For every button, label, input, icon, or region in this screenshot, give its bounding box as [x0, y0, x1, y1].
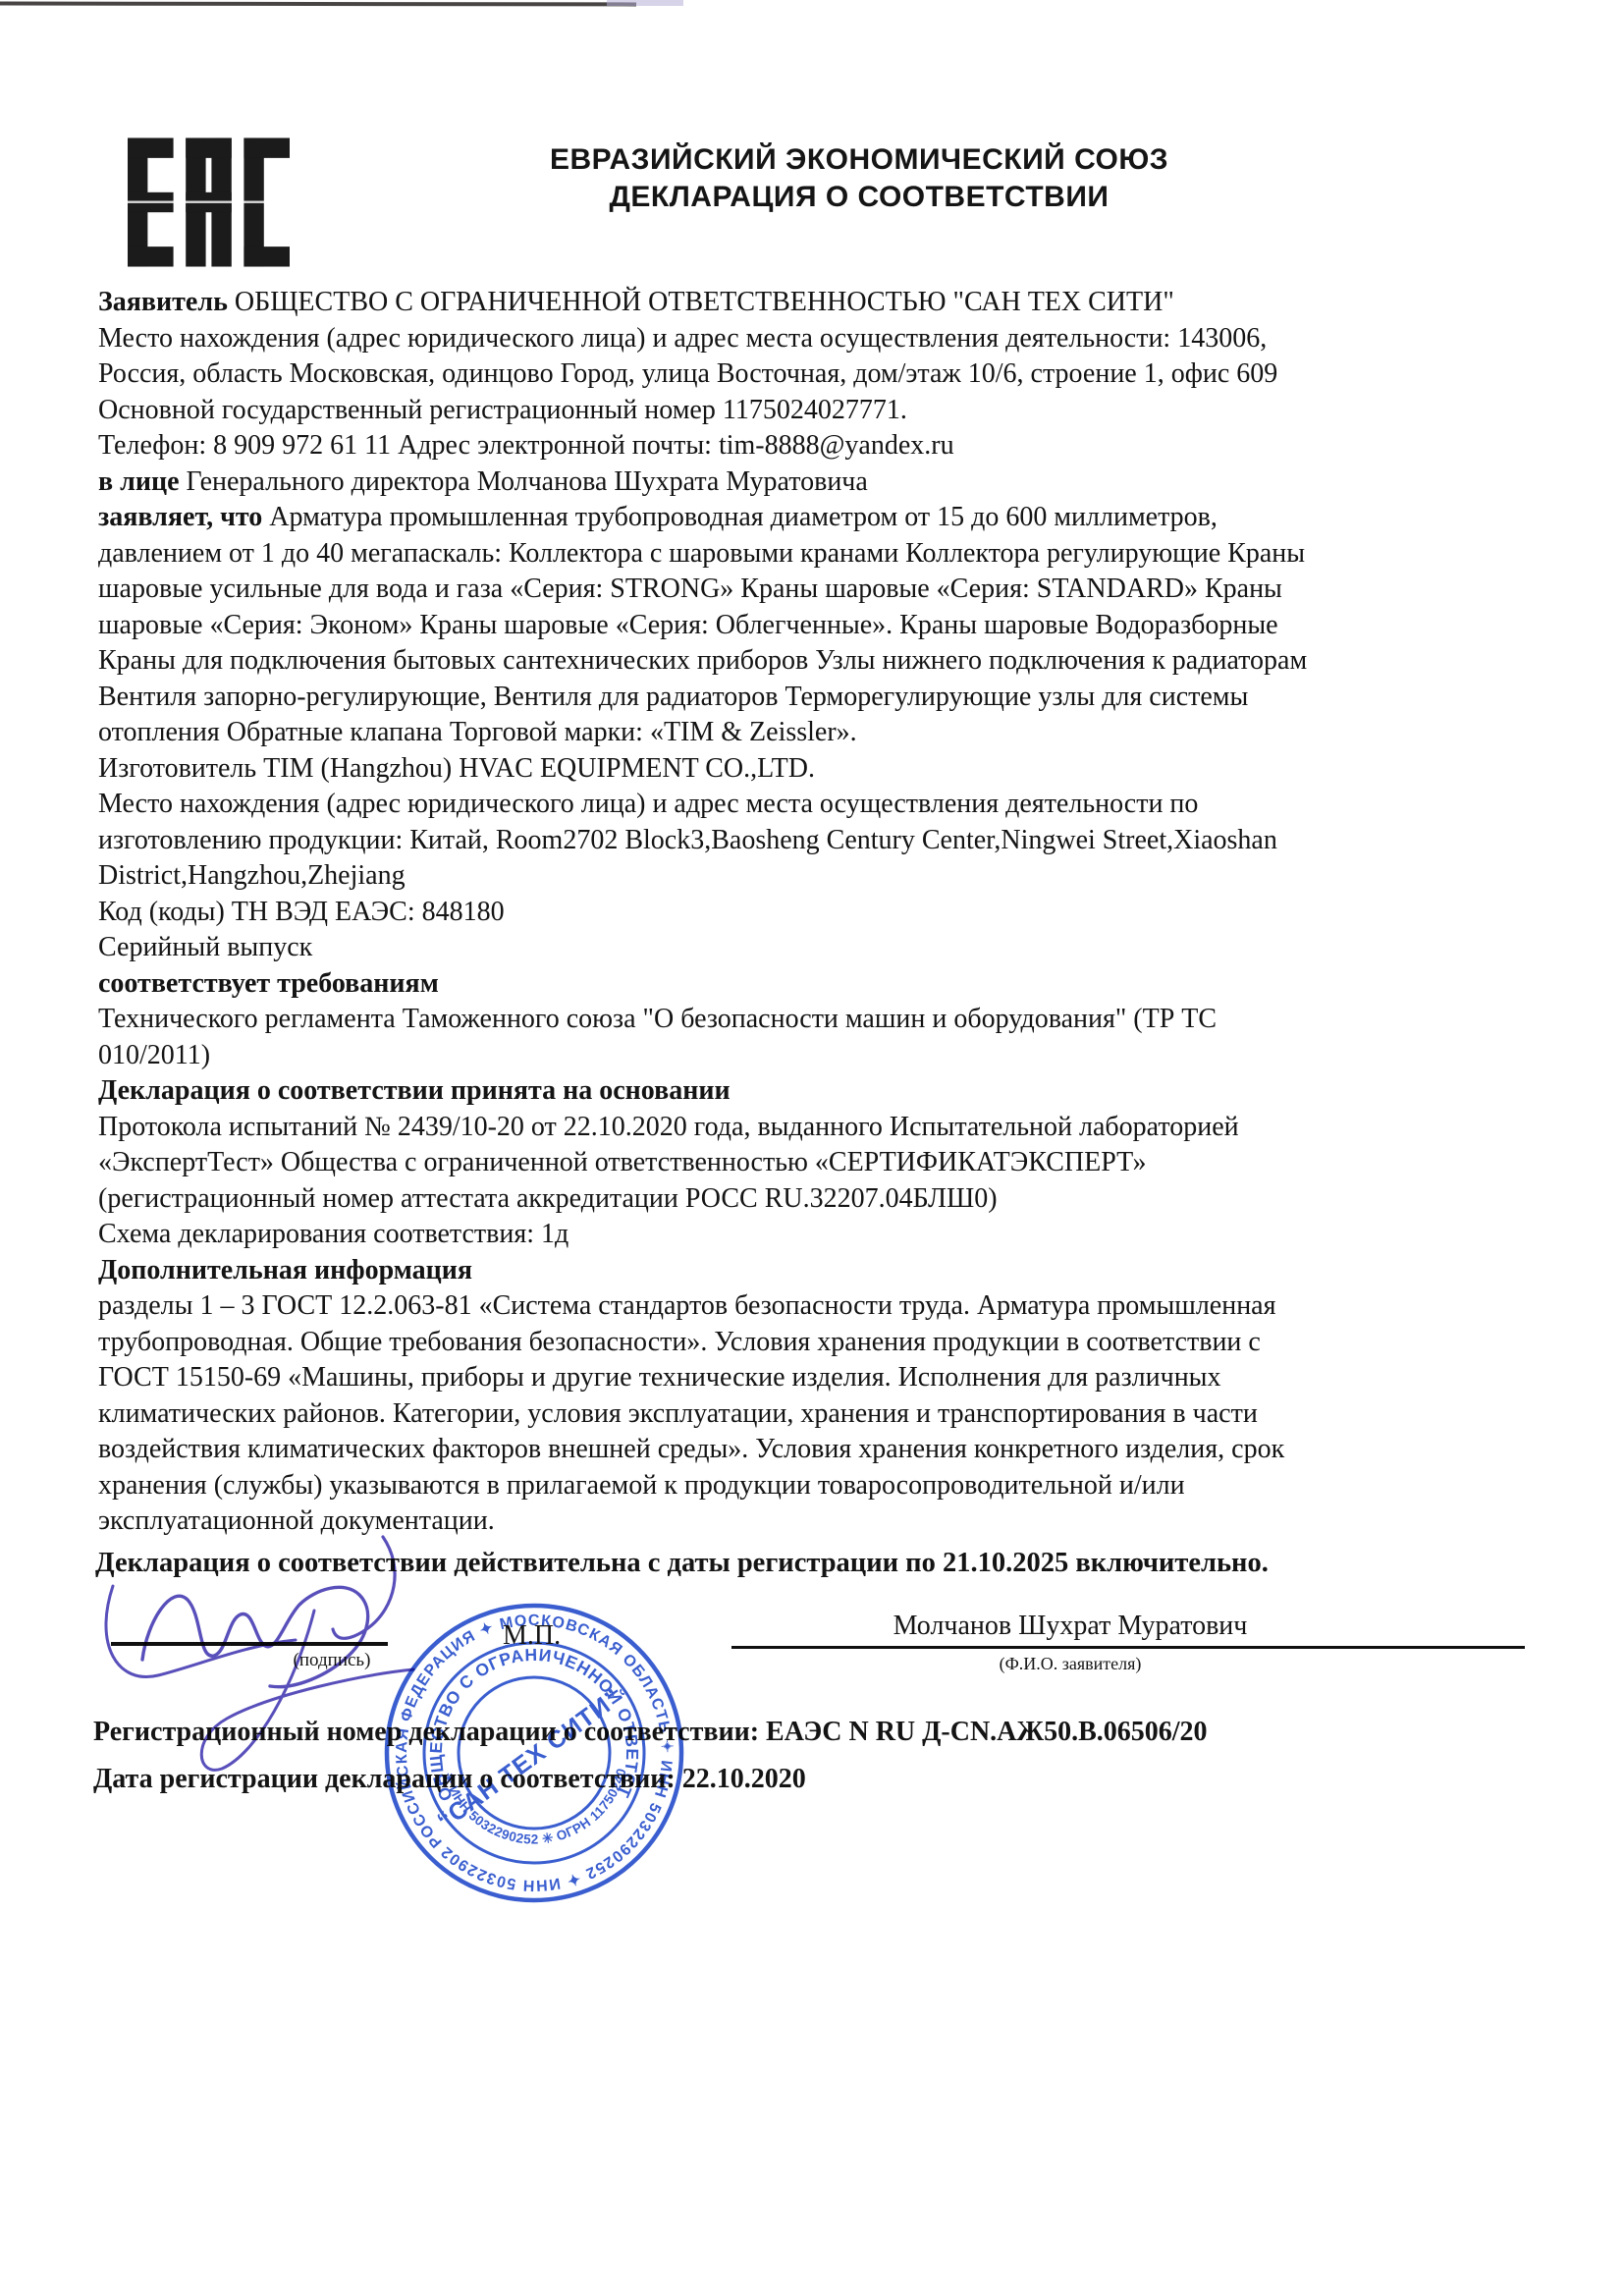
body-line: воздействия климатических факторов внешн…	[98, 1434, 1549, 1470]
scan-artifact-smudge	[607, 0, 683, 6]
body-line: Вентиля запорно-регулирующие, Вентиля дл…	[98, 682, 1549, 718]
body-line: Код (коды) ТН ВЭД ЕАЭС: 848180	[98, 897, 1549, 933]
body-line: шаровые «Серия: Эконом» Краны шаровые «С…	[98, 610, 1549, 646]
body-line: Заявитель ОБЩЕСТВО С ОГРАНИЧЕННОЙ ОТВЕТС…	[98, 287, 1549, 323]
applicant-name-caption: (Ф.И.О. заявителя)	[746, 1654, 1394, 1674]
body-line: Декларация о соответствии принята на осн…	[98, 1075, 1549, 1112]
body-line: District,Hangzhou,Zhejiang	[98, 860, 1549, 897]
body-line: Место нахождения (адрес юридического лиц…	[98, 789, 1549, 825]
handwritten-signature	[88, 1527, 560, 1792]
body-line: давлением от 1 до 40 мегапаскаль: Коллек…	[98, 538, 1549, 574]
body-line: шаровые усильные для вода и газа «Серия:…	[98, 574, 1549, 610]
body-line: заявляет, что Арматура промышленная труб…	[98, 502, 1549, 538]
body-line: (регистрационный номер аттестата аккреди…	[98, 1183, 1549, 1220]
scan-artifact-line	[0, 2, 636, 7]
eac-logo-icon	[128, 137, 290, 267]
body-line: Технического регламента Таможенного союз…	[98, 1004, 1549, 1040]
body-line: Краны для подключения бытовых сантехниче…	[98, 645, 1549, 682]
body-line: 010/2011)	[98, 1040, 1549, 1076]
body-line: Схема декларирования соответствия: 1д	[98, 1219, 1549, 1255]
body-line: хранения (службы) указываются в прилагае…	[98, 1470, 1549, 1506]
body-line: Дополнительная информация	[98, 1255, 1549, 1291]
body-line: Место нахождения (адрес юридического лиц…	[98, 323, 1549, 359]
body-line: разделы 1 – 3 ГОСТ 12.2.063-81 «Система …	[98, 1290, 1549, 1327]
body-line: Серийный выпуск	[98, 932, 1549, 968]
body-line: ГОСТ 15150-69 «Машины, приборы и другие …	[98, 1362, 1549, 1398]
title-line-union: ЕВРАЗИЙСКИЙ ЭКОНОМИЧЕСКИЙ СОЮЗ	[432, 141, 1286, 179]
body-line: отопления Обратные клапана Торговой марк…	[98, 717, 1549, 753]
body-line: климатических районов. Категории, услови…	[98, 1398, 1549, 1435]
applicant-name-line	[731, 1646, 1525, 1649]
body-line: изготовлению продукции: Китай, Room2702 …	[98, 825, 1549, 861]
declaration-document-page: ЕВРАЗИЙСКИЙ ЭКОНОМИЧЕСКИЙ СОЮЗ ДЕКЛАРАЦИ…	[0, 0, 1624, 2296]
body-line: трубопроводная. Общие требования безопас…	[98, 1327, 1549, 1363]
body-line: «ЭкспертТест» Общества с ограниченной от…	[98, 1147, 1549, 1183]
body-line: Протокола испытаний № 2439/10-20 от 22.1…	[98, 1112, 1549, 1148]
body-line: Россия, область Московская, одинцово Гор…	[98, 358, 1549, 395]
applicant-name: Молчанов Шухрат Муратович	[746, 1611, 1394, 1642]
body-line: в лице Генерального директора Молчанова …	[98, 466, 1549, 503]
body-line: Телефон: 8 909 972 61 11 Адрес электронн…	[98, 430, 1549, 466]
document-title: ЕВРАЗИЙСКИЙ ЭКОНОМИЧЕСКИЙ СОЮЗ ДЕКЛАРАЦИ…	[432, 141, 1286, 216]
body-line: Изготовитель TIM (Hangzhou) HVAC EQUIPME…	[98, 753, 1549, 790]
declaration-body-text: Заявитель ОБЩЕСТВО С ОГРАНИЧЕННОЙ ОТВЕТС…	[98, 287, 1549, 1542]
body-line: соответствует требованиям	[98, 968, 1549, 1005]
title-line-declaration: ДЕКЛАРАЦИЯ О СООТВЕТСТВИИ	[432, 179, 1286, 216]
body-line: Основной государственный регистрационный…	[98, 395, 1549, 431]
